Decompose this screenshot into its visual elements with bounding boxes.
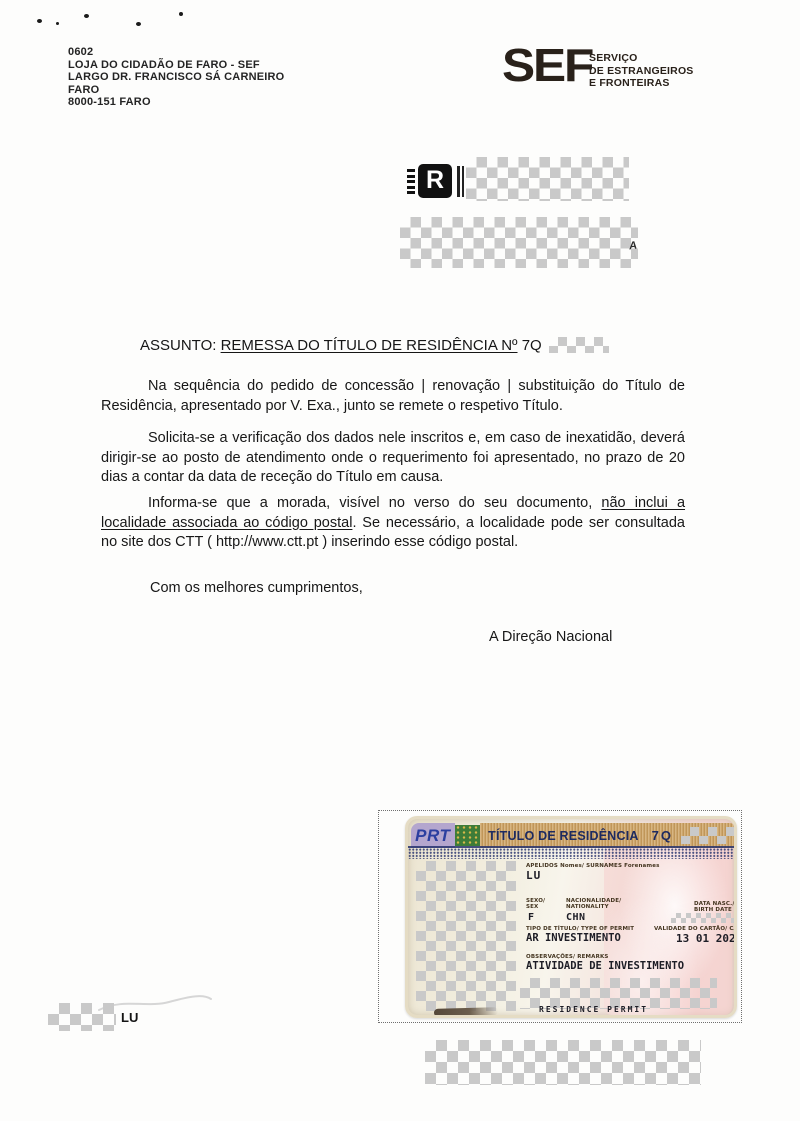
value-permit-type: AR INVESTIMENTO (526, 932, 621, 944)
card-guilloche-band (408, 846, 734, 859)
value-surnames: LU (526, 869, 541, 882)
redaction-tracking-number (466, 157, 629, 201)
sender-city: FARO (68, 84, 284, 97)
sender-office: LOJA DO CIDADÃO DE FARO - SEF (68, 59, 284, 72)
sender-code: 0602 (68, 46, 284, 59)
redaction-birth-date (671, 913, 737, 923)
closing-salutation: Com os melhores cumprimentos, (150, 580, 363, 596)
subject-number: 7Q (522, 337, 542, 354)
value-sex: F (528, 912, 534, 923)
registered-mail-separator (457, 166, 460, 197)
sef-name-line: E FRONTEIRAS (589, 77, 694, 90)
registered-mail-icon: R (418, 164, 452, 198)
card-title: TÍTULO DE RESIDÊNCIA (488, 829, 639, 843)
value-nationality: CHN (566, 912, 586, 923)
paragraph-address-note: Informa-se que a morada, visível no vers… (101, 494, 685, 553)
card-edge-smudge (434, 1007, 498, 1017)
paragraph-remittance: Na sequência do pedido de concessão | re… (101, 377, 685, 416)
scan-noise-dot (179, 12, 183, 16)
scan-noise-dot (84, 14, 89, 18)
label-nationality: NACIONALIDADE/ NATIONALITY (566, 898, 621, 910)
scanned-letter-page: 0602 LOJA DO CIDADÃO DE FARO - SEF LARGO… (0, 0, 800, 1121)
card-number-prefix: 7Q (652, 828, 673, 843)
label-birth-date: DATA NASC./ BIRTH DATE (694, 901, 735, 913)
card-country-code: PRT (411, 823, 455, 848)
redaction-document-number (549, 337, 609, 353)
value-remarks: ATIVIDADE DE INVESTIMENTO (526, 960, 684, 972)
sef-name-line: DE ESTRANGEIROS (589, 65, 694, 78)
paragraph-verification: Solicita-se a verificação dos dados nele… (101, 429, 685, 488)
sef-name-line: SERVIÇO (589, 52, 694, 65)
label-sex: SEXO/ SEX (526, 898, 545, 910)
sender-postal-code: 8000-151 FARO (68, 96, 284, 109)
card-title-band: TÍTULO DE RESIDÊNCIA 7Q (480, 823, 737, 848)
annotation-name: LU (121, 1010, 138, 1025)
card-footer-text: RESIDENCE PERMIT (539, 1005, 648, 1014)
subject-line: ASSUNTO: REMESSA DO TÍTULO DE RESIDÊNCIA… (140, 337, 609, 354)
redaction-photo (416, 861, 516, 1011)
eu-emblem-icon (455, 825, 481, 846)
sender-street: LARGO DR. FRANCISCO SÁ CARNEIRO (68, 71, 284, 84)
value-card-expiry: 13 01 2025 (676, 932, 737, 945)
scan-noise-dot (56, 22, 59, 25)
redaction-annotation-name (48, 1003, 116, 1031)
registered-mail-separator (462, 166, 464, 197)
label-nationality-en: NATIONALITY (566, 904, 621, 910)
label-sex-en: SEX (526, 904, 545, 910)
redaction-recipient-address (400, 217, 638, 268)
scan-noise-dot (37, 19, 42, 23)
redaction-bottom-strip (425, 1040, 701, 1085)
scan-noise-dot (136, 22, 141, 26)
subject-prefix: ASSUNTO: (140, 337, 216, 354)
paragraph-address-note-pre: Informa-se que a morada, visível no vers… (148, 495, 601, 511)
signature-entity: A Direção Nacional (489, 629, 612, 645)
sef-logo-name: SERVIÇO DE ESTRANGEIROS E FRONTEIRAS (589, 52, 694, 90)
registered-mail-bars-icon (407, 169, 415, 197)
sef-logo: SEF (502, 42, 592, 88)
sender-address-block: 0602 LOJA DO CIDADÃO DE FARO - SEF LARGO… (68, 46, 284, 109)
label-surnames: APELIDOS Nomes/ SURNAMES Forenames (526, 863, 660, 869)
card-header: PRT TÍTULO DE RESIDÊNCIA 7Q (411, 823, 737, 848)
redaction-card-number (681, 827, 737, 844)
residence-card: PRT TÍTULO DE RESIDÊNCIA 7Q APELIDOS Nom… (405, 816, 737, 1018)
handwritten-mark: A (628, 240, 638, 253)
subject-title: REMESSA DO TÍTULO DE RESIDÊNCIA Nº (221, 337, 518, 354)
